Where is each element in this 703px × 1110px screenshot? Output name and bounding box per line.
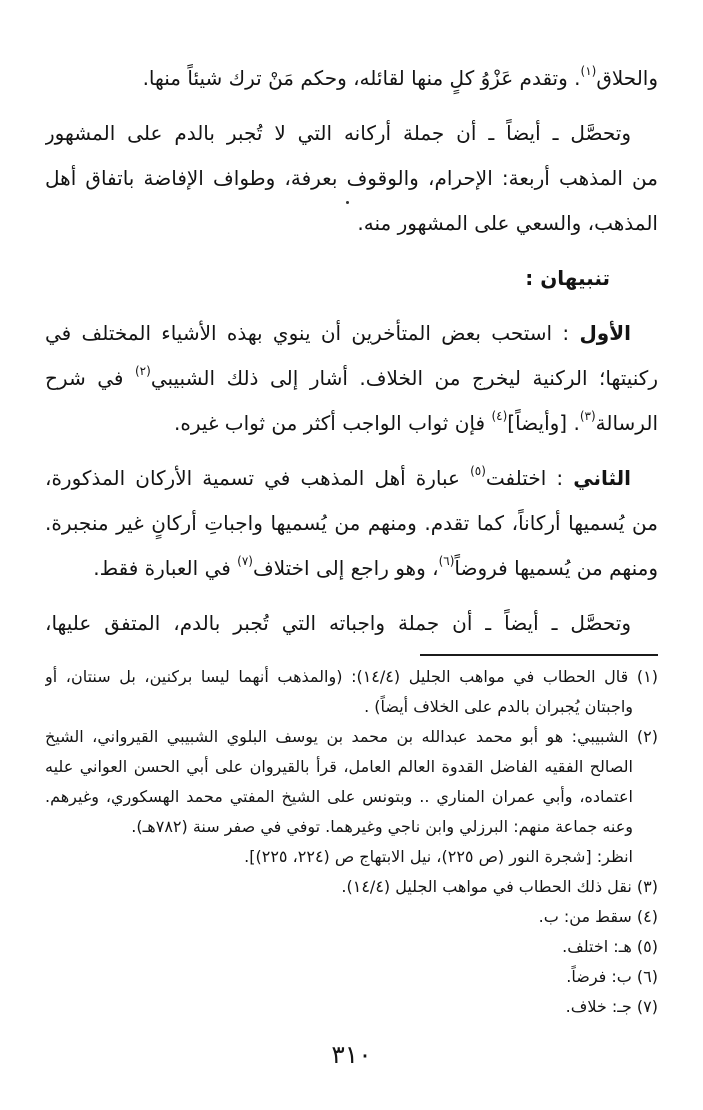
footnote-separator bbox=[420, 654, 658, 656]
para-second-tanbih: الثاني : اختلفت(٥) عبارة أهل المذهب في ت… bbox=[45, 456, 658, 591]
text-line: وتحصَّل ـ أيضاً ـ أن جملة أركانه التي لا… bbox=[45, 111, 658, 156]
text-segment: الصالح الفقيه الفاضل القدوة العالم العام… bbox=[45, 757, 633, 776]
text-segment: (٦) ب: فرضاً. bbox=[566, 967, 658, 986]
text-segment: وعنه جماعة منهم: البرزلي وابن ناجي وغيره… bbox=[131, 817, 633, 836]
text-line: وعنه جماعة منهم: البرزلي وابن ناجي وغيره… bbox=[45, 812, 658, 842]
text-line: الصالح الفقيه الفاضل القدوة العالم العام… bbox=[45, 752, 658, 782]
text-line: المذهب، والسعي على المشهور منه. bbox=[45, 201, 658, 246]
text-segment: واجبتان يُجبران بالدم على الخلاف أيضاً) … bbox=[364, 697, 633, 716]
footnotes: (١) قال الحطاب في مواهب الجليل (١٤/٤): (… bbox=[45, 662, 658, 1022]
footnote-marker: (٥) bbox=[470, 464, 486, 478]
text-segment: انظر: [شجرة النور (ص ٢٢٥)، نيل الابتهاج … bbox=[244, 847, 633, 866]
text-segment: فإن ثواب الواجب أكثر من ثواب غيره. bbox=[174, 411, 491, 435]
text-segment: (١) قال الحطاب في مواهب الجليل (١٤/٤): (… bbox=[45, 667, 658, 686]
text-line: (٤) سقط من: ب. bbox=[45, 902, 658, 932]
text-segment: ، وهو راجع إلى اختلاف bbox=[253, 556, 439, 580]
text-segment: ومنهم من يُسميها فروضاً bbox=[454, 556, 658, 580]
text-line: من يُسميها أركاناً، كما تقدم. ومنهم من ي… bbox=[45, 501, 658, 546]
text-segment: : استحب بعض المتأخرين أن ينوي بهذه الأشي… bbox=[45, 321, 579, 345]
text-segment: في العبارة فقط. bbox=[93, 556, 237, 580]
body-text: والحلاق(١). وتقدم عَزْوُ كلٍ منها لقائله… bbox=[45, 56, 658, 646]
para-continuation: والحلاق(١). وتقدم عَزْوُ كلٍ منها لقائله… bbox=[45, 56, 658, 101]
text-line: من المذهب أربعة: الإحرام، والوقوف بعرفة،… bbox=[45, 156, 658, 201]
footnote-1: (١) قال الحطاب في مواهب الجليل (١٤/٤): (… bbox=[45, 662, 658, 722]
text-segment: وتحصَّل ـ أيضاً ـ أن جملة أركانه التي لا… bbox=[45, 121, 631, 145]
text-segment: (٧) جـ: خلاف. bbox=[566, 997, 658, 1016]
text-line: ركنيتها؛ الركنية ليخرج من الخلاف. أشار إ… bbox=[45, 356, 658, 401]
text-segment: من المذهب أربعة: الإحرام، والوقوف بعرفة،… bbox=[45, 166, 658, 190]
text-segment: (٢) الشبيبي: هو أبو محمد عبدالله بن محمد… bbox=[45, 727, 658, 746]
footnote-2: (٢) الشبيبي: هو أبو محمد عبدالله بن محمد… bbox=[45, 722, 658, 872]
footnote-7: (٧) جـ: خلاف. bbox=[45, 992, 658, 1022]
text-line: (١) قال الحطاب في مواهب الجليل (١٤/٤): (… bbox=[45, 662, 658, 692]
para-first-tanbih: الأول : استحب بعض المتأخرين أن ينوي بهذه… bbox=[45, 311, 658, 446]
heading-tanbihan: تنبيهان : bbox=[45, 256, 658, 301]
book-page: والحلاق(١). وتقدم عَزْوُ كلٍ منها لقائله… bbox=[0, 0, 703, 1110]
footnote-marker: (٣) bbox=[580, 409, 596, 423]
footnote-marker: (٧) bbox=[237, 554, 253, 568]
text-segment: والحلاق bbox=[596, 66, 658, 90]
para-tahassal-wajibat: وتحصَّل ـ أيضاً ـ أن جملة واجباته التي ت… bbox=[45, 601, 658, 646]
text-segment: من يُسميها أركاناً، كما تقدم. ومنهم من ي… bbox=[45, 511, 658, 535]
text-line: وتحصَّل ـ أيضاً ـ أن جملة واجباته التي ت… bbox=[45, 601, 658, 646]
page-number: ٣١٠ bbox=[0, 1040, 703, 1069]
text-segment: . [وأيضاً] bbox=[507, 411, 580, 435]
bold-text: الثاني bbox=[573, 466, 631, 490]
footnote-marker: (٢) bbox=[135, 364, 151, 378]
text-segment: اعتماده، وأبي عمران المناري .. وبتونس عل… bbox=[45, 787, 633, 806]
bold-text: تنبيهان : bbox=[525, 266, 610, 290]
text-segment: (٥) هـ: اختلف. bbox=[562, 937, 658, 956]
text-segment: : اختلفت bbox=[486, 466, 573, 490]
text-segment: في شرح bbox=[45, 366, 135, 390]
text-segment: (٣) نقل ذلك الحطاب في مواهب الجليل (١٤/٤… bbox=[341, 877, 658, 896]
text-segment: وتحصَّل ـ أيضاً ـ أن جملة واجباته التي ت… bbox=[45, 611, 631, 635]
text-line: ومنهم من يُسميها فروضاً(٦)، وهو راجع إلى… bbox=[45, 546, 658, 591]
footnote-marker: (١) bbox=[581, 64, 597, 78]
para-tahassal-arkan: وتحصَّل ـ أيضاً ـ أن جملة أركانه التي لا… bbox=[45, 111, 658, 246]
text-line: (٢) الشبيبي: هو أبو محمد عبدالله بن محمد… bbox=[45, 722, 658, 752]
text-line: تنبيهان : bbox=[45, 256, 658, 301]
text-line: واجبتان يُجبران بالدم على الخلاف أيضاً) … bbox=[45, 692, 658, 722]
footnote-5: (٥) هـ: اختلف. bbox=[45, 932, 658, 962]
text-line: الثاني : اختلفت(٥) عبارة أهل المذهب في ت… bbox=[45, 456, 658, 501]
scan-speck bbox=[346, 201, 349, 204]
text-line: (٥) هـ: اختلف. bbox=[45, 932, 658, 962]
text-line: اعتماده، وأبي عمران المناري .. وبتونس عل… bbox=[45, 782, 658, 812]
text-line: الأول : استحب بعض المتأخرين أن ينوي بهذه… bbox=[45, 311, 658, 356]
text-line: والحلاق(١). وتقدم عَزْوُ كلٍ منها لقائله… bbox=[45, 56, 658, 101]
text-line: (٦) ب: فرضاً. bbox=[45, 962, 658, 992]
text-line: انظر: [شجرة النور (ص ٢٢٥)، نيل الابتهاج … bbox=[45, 842, 658, 872]
text-segment: المذهب، والسعي على المشهور منه. bbox=[357, 211, 658, 235]
text-segment: . وتقدم عَزْوُ كلٍ منها لقائله، وحكم مَن… bbox=[143, 66, 581, 90]
text-line: (٧) جـ: خلاف. bbox=[45, 992, 658, 1022]
text-line: الرسالة(٣). [وأيضاً](٤) فإن ثواب الواجب … bbox=[45, 401, 658, 446]
footnote-marker: (٦) bbox=[439, 554, 455, 568]
footnote-4: (٤) سقط من: ب. bbox=[45, 902, 658, 932]
text-segment: الرسالة bbox=[596, 411, 658, 435]
text-segment: (٤) سقط من: ب. bbox=[539, 907, 658, 926]
text-segment: ركنيتها؛ الركنية ليخرج من الخلاف. أشار إ… bbox=[151, 366, 658, 390]
footnote-6: (٦) ب: فرضاً. bbox=[45, 962, 658, 992]
footnote-3: (٣) نقل ذلك الحطاب في مواهب الجليل (١٤/٤… bbox=[45, 872, 658, 902]
text-line: (٣) نقل ذلك الحطاب في مواهب الجليل (١٤/٤… bbox=[45, 872, 658, 902]
footnote-marker: (٤) bbox=[491, 409, 507, 423]
bold-text: الأول bbox=[579, 321, 631, 345]
